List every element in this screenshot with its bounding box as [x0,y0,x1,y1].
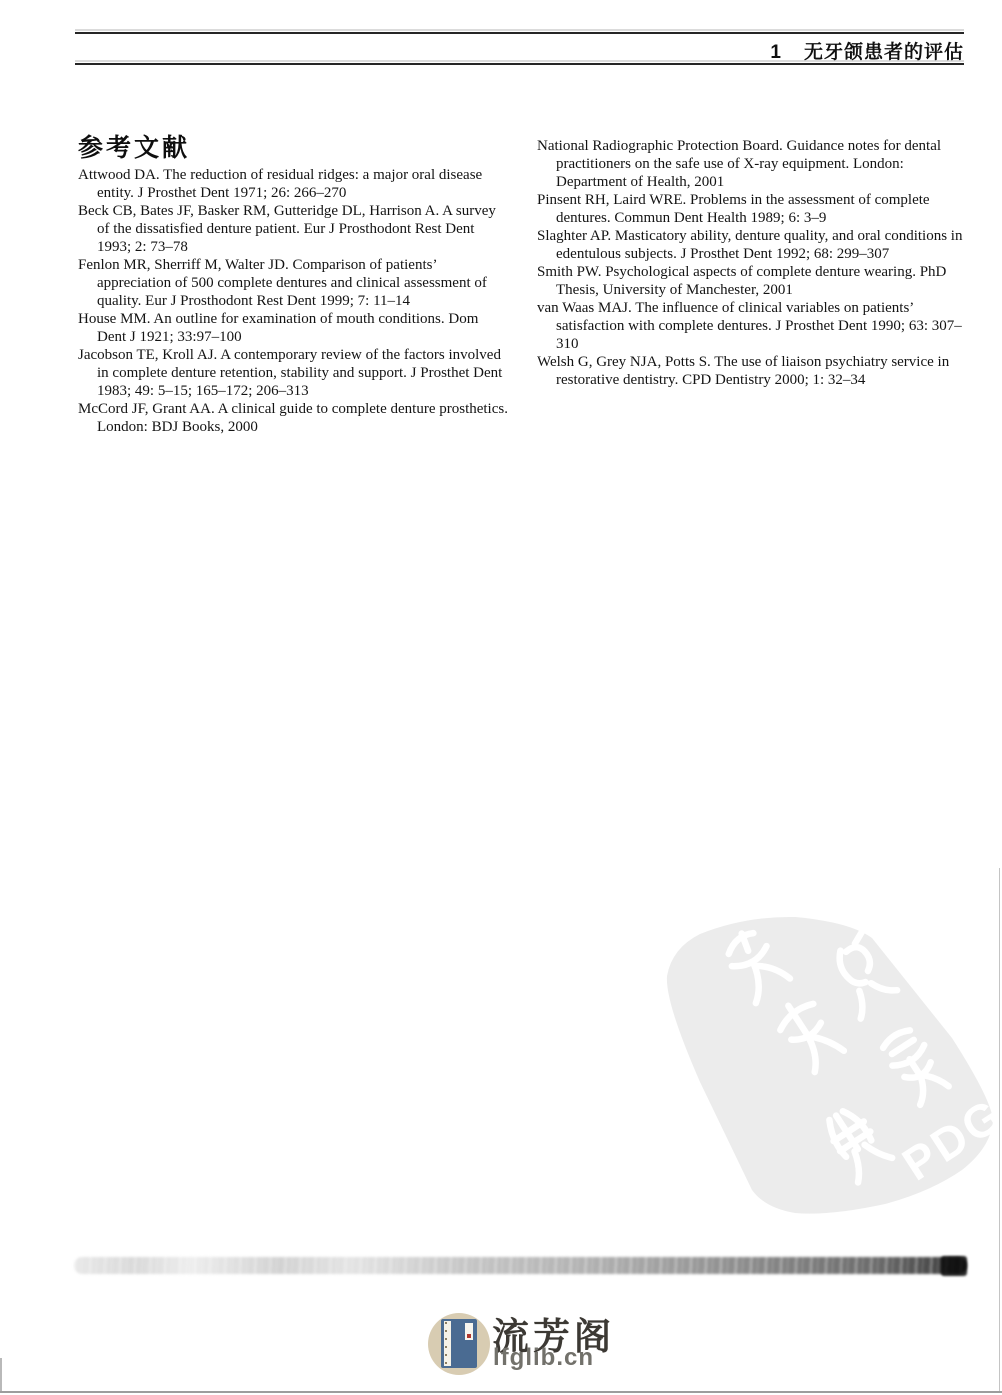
seal-script-glyph [879,1025,950,1106]
reference-entry: Smith PW. Psychological aspects of compl… [537,263,965,299]
header-rule-bottom [75,63,964,65]
references-column-right: National Radiographic Protection Board. … [537,137,965,389]
pdg-watermark-label: PDG [893,1088,1002,1191]
reference-entry: House MM. An outline for examination of … [78,310,508,346]
reference-entry: Fenlon MR, Sherriff M, Walter JD. Compar… [78,256,508,310]
running-header: 1 无牙颌患者的评估 [75,37,964,64]
seal-script-glyph [821,932,900,1019]
reference-entry: Slaghter AP. Masticatory ability, dentur… [537,227,965,263]
page-bottom-edge [0,1391,1002,1393]
site-domain: lfglib.cn [493,1344,594,1372]
book-title-label [465,1323,473,1340]
reference-entry: van Waas MAJ. The influence of clinical … [537,299,965,353]
reference-entry: Beck CB, Bates JF, Basker RM, Gutteridge… [78,202,508,256]
page-right-edge [999,868,1000,1391]
reference-entry: Pinsent RH, Laird WRE. Problems in the a… [537,191,965,227]
seal-script-glyph [720,925,791,1003]
reference-entry: McCord JF, Grant AA. A clinical guide to… [78,400,508,436]
scan-smudge-blob [941,1256,967,1276]
site-logo-circle [428,1313,490,1375]
book-spine-stitches [444,1321,451,1366]
scanned-book-page: 1 无牙颌患者的评估 参考文献 Attwood DA. The reductio… [0,0,1002,1395]
library-stamp-watermark: PDG [640,900,1002,1230]
seal-script-glyph [772,994,845,1076]
chapter-number: 1 [770,42,782,64]
reference-entry: Attwood DA. The reduction of residual ri… [78,166,508,202]
scan-smudge-band [74,1257,967,1274]
reference-entry: National Radiographic Protection Board. … [537,137,965,191]
stamp-background [667,917,993,1214]
reference-entry: Jacobson TE, Kroll AJ. A contemporary re… [78,346,508,400]
reference-entry: Welsh G, Grey NJA, Potts S. The use of l… [537,353,965,389]
references-heading: 参考文献 [78,128,190,164]
chapter-title: 无牙颌患者的评估 [804,37,964,64]
header-rule-top [75,32,964,34]
page-left-edge [0,1358,2,1391]
book-icon [441,1319,477,1368]
seal-script-glyph [821,1103,893,1183]
references-column-left: Attwood DA. The reduction of residual ri… [78,166,508,436]
